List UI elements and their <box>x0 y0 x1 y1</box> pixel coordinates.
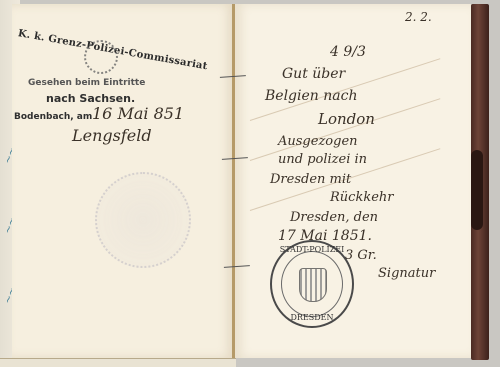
handwritten-line: 4 9/3 <box>330 44 366 60</box>
seal-bottom-text: DRESDEN <box>276 313 348 322</box>
handwritten-line: Ausgezogen <box>278 134 358 149</box>
faint-seal-impression <box>95 172 191 268</box>
handwritten-line: Dresden, den <box>290 210 378 225</box>
bottom-page-strip <box>0 358 236 367</box>
handwritten-line: Dresden mit <box>270 172 351 187</box>
handwritten-signature-right: Signatur <box>378 266 435 281</box>
handwritten-date-left: 16 Mai 851 <box>92 104 184 123</box>
page-number-mark: 2. 2. <box>405 10 432 24</box>
saxon-coat-of-arms-icon <box>299 268 327 302</box>
handwritten-signature-left: Lengsfeld <box>72 126 152 145</box>
photograph-open-passport-book: ~~ ~~ ~~ K. k. Grenz-Polizei-Commissaria… <box>0 0 500 367</box>
double-eagle-emblem-icon <box>84 40 118 74</box>
seal-top-text: STADT-POLIZEI <box>276 245 348 254</box>
dresden-city-police-seal: STADT-POLIZEI DRESDEN <box>270 240 354 328</box>
book-spine <box>232 4 235 358</box>
handwritten-line: London <box>318 110 375 128</box>
cover-notch <box>471 150 483 230</box>
stamp-place: Bodenbach, am <box>14 112 92 122</box>
handwritten-line: Belgien nach <box>265 88 357 104</box>
handwritten-line: Gut über <box>282 66 345 82</box>
stamp-line-1: Gesehen beim Eintritte <box>28 78 145 88</box>
handwritten-line: Rückkehr <box>330 190 393 205</box>
handwritten-fee: 3 Gr. <box>345 248 377 263</box>
handwritten-line: und polizei in <box>278 152 367 167</box>
